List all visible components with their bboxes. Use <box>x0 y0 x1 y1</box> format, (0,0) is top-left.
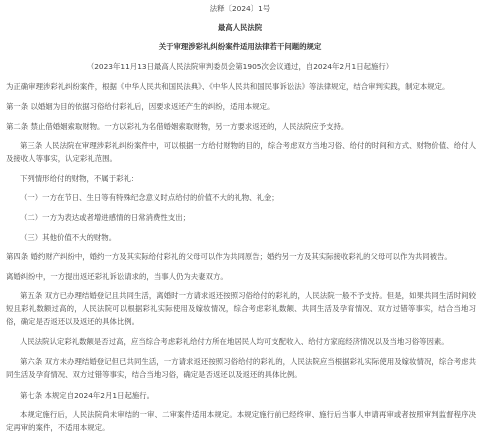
article-1: 第一条 以婚姻为目的依据习俗给付彩礼后，因要求返还产生的纠纷，适用本规定。 <box>6 100 476 113</box>
preamble: 为正确审理涉彩礼纠纷案件，根据《中华人民共和国民法典》、《中华人民共和国民事诉讼… <box>6 80 476 93</box>
page-title: 关于审理涉彩礼纠纷案件适用法律若干问题的规定 <box>0 40 480 53</box>
exclusion-item-2: （二）一方为表达或者增进感情的日常消费性支出； <box>6 211 476 224</box>
article-5-amount: 人民法院认定彩礼数额是否过高，应当综合考虑彩礼给付方所在地居民人均可支配收入、给… <box>6 335 476 348</box>
exclusion-item-1: （一）一方在节日、生日等有特殊纪念意义时点给付的价值不大的礼物、礼金； <box>6 191 476 204</box>
article-3-exclusions-intro: 下列情形给付的财物，不属于彩礼： <box>6 172 476 185</box>
issuer: 最高人民法院 <box>0 21 480 34</box>
adoption-note: （2023年11月13日最高人民法院审判委员会第1905次会议通过，自2024年… <box>0 60 480 73</box>
article-4-divorce: 离婚纠纷中，一方提出返还彩礼诉讼请求的，当事人仍为夫妻双方。 <box>6 270 476 283</box>
article-7: 第七条 本规定自2024年2月1日起施行。 <box>6 389 476 402</box>
doc-number: 法释〔2024〕1号 <box>0 2 480 15</box>
article-2: 第二条 禁止借婚姻索取财物。一方以彩礼为名借婚姻索取财物，另一方要求返还的，人民… <box>6 120 476 133</box>
document-page: 法释〔2024〕1号 最高人民法院 关于审理涉彩礼纠纷案件适用法律若干问题的规定… <box>0 0 480 435</box>
article-4: 第四条 婚约财产纠纷中，婚约一方及其实际给付彩礼的父母可以作为共同原告；婚约另一… <box>6 250 476 263</box>
exclusion-item-3: （三）其他价值不大的财物。 <box>6 231 476 244</box>
article-7-applicability: 本规定施行后，人民法院尚未审结的一审、二审案件适用本规定。本规定施行前已经终审、… <box>6 408 476 434</box>
article-3: 第三条 人民法院在审理涉彩礼纠纷案件中，可以根据一方给付财物的目的，综合考虑双方… <box>6 139 476 165</box>
article-5: 第五条 双方已办理结婚登记且共同生活，离婚时一方请求返还按照习俗给付的彩礼的，人… <box>6 289 476 328</box>
article-6: 第六条 双方未办理结婚登记但已共同生活，一方请求返还按照习俗给付的彩礼的，人民法… <box>6 355 476 381</box>
